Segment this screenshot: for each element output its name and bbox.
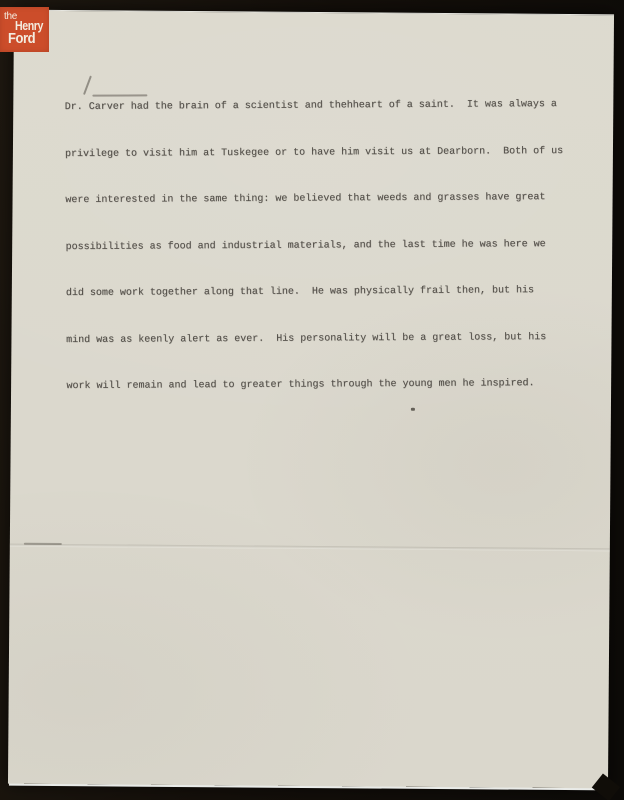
logo-text-ford: Ford [8, 32, 35, 47]
ink-speck [411, 408, 415, 411]
typed-line-5: did some work together along that line. … [66, 279, 564, 307]
typed-line-2: privilege to visit him at Tuskegee or to… [65, 140, 563, 168]
scan-background: Dr. Carver had the brain of a scientist … [0, 0, 624, 800]
typed-line-6: mind was as keenly alert as ever. His pe… [66, 326, 564, 354]
typed-line-1: Dr. Carver had the brain of a scientist … [65, 93, 563, 121]
typed-line-3: were interested in the same thing: we be… [65, 186, 563, 214]
henry-ford-logo: the Henry Ford [0, 7, 49, 52]
typed-line-4: possibilities as food and industrial mat… [66, 233, 564, 261]
typed-paragraph: Dr. Carver had the brain of a scientist … [65, 71, 565, 422]
fold-crease [10, 544, 610, 552]
fold-crease-dash [24, 543, 62, 545]
typed-line-7: work will remain and lead to greater thi… [66, 372, 564, 400]
corner-cut [592, 773, 620, 800]
document-page: Dr. Carver had the brain of a scientist … [8, 10, 614, 789]
